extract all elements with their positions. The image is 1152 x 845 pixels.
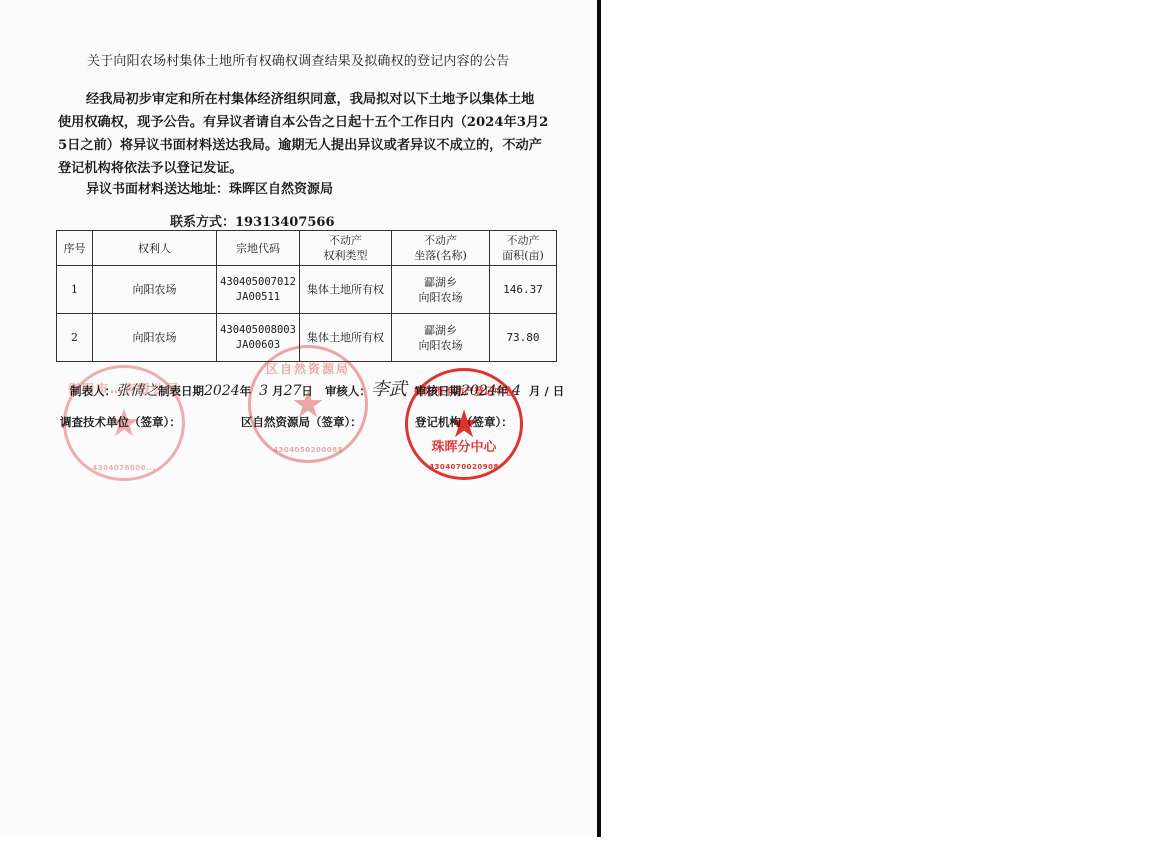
signature-line: 制表人：张倩之制表日期2024年 3 月27日 审核人：李武 审核日期2024年… <box>70 375 564 401</box>
cell-right-type: 集体土地所有权 <box>300 266 392 314</box>
header-index: 序号 <box>57 231 93 266</box>
body-line-2: 使用权确权，现予公告。有异议者请自本公告之日起十五个工作日内（2024年3月2 <box>58 111 558 134</box>
cell-location: 酃湖乡 向阳农场 <box>392 314 490 362</box>
prep-date-month: 3 <box>259 383 268 399</box>
table-row: 1 向阳农场 430405007012JA00511 集体土地所有权 酃湖乡 向… <box>57 266 557 314</box>
prep-date-label: 制表日期 <box>158 384 204 398</box>
notice-body: 经我局初步审定和所在村集体经济组织同意，我局拟对以下土地予以集体土地 使用权确权… <box>58 88 558 180</box>
preparer-signature: 张倩之 <box>116 383 158 399</box>
prep-date-day: 27 <box>284 383 302 399</box>
body-line-4: 登记机构将依法予以登记发证。 <box>58 157 558 180</box>
seal-subtext: 珠晖分中心 <box>408 436 520 455</box>
preparer-label: 制表人： <box>70 384 116 398</box>
registration-table: 序号 权利人 宗地代码 不动产 权利类型 不动产 坐落(名称) 不动产 面积(亩… <box>56 230 557 362</box>
cell-location: 酃湖乡 向阳农场 <box>392 266 490 314</box>
seal-number: 4304070020908 <box>408 463 520 471</box>
header-owner: 权利人 <box>93 231 217 266</box>
cell-area: 73.80 <box>490 314 557 362</box>
cell-owner: 向阳农场 <box>93 314 217 362</box>
seal-number: 4304050200085 <box>251 446 365 454</box>
cell-area: 146.37 <box>490 266 557 314</box>
survey-unit-seal-label: 调查技术单位（签章）： <box>60 414 181 430</box>
review-date-label: 审核日期 <box>415 384 461 398</box>
review-date-year: 2024 <box>461 383 497 399</box>
resources-bureau-seal: ★ 区自然资源局 4304050200085 <box>248 345 368 463</box>
cell-right-type: 集体土地所有权 <box>300 314 392 362</box>
cell-owner: 向阳农场 <box>93 266 217 314</box>
document-title: 关于向阳农场村集体土地所有权确权调查结果及拟确权的登记内容的公告 <box>87 50 509 69</box>
reviewer-signature: 李武 <box>371 379 407 400</box>
header-area: 不动产 面积(亩) <box>490 231 557 266</box>
scan-edge-shadow <box>597 0 601 837</box>
contact-info: 联系方式：19313407566 <box>170 211 335 230</box>
header-right-type: 不动产 权利类型 <box>300 231 392 266</box>
seal-number: 4304076000... <box>66 464 182 472</box>
resources-bureau-seal-label: 区自然资源局（签章）： <box>241 414 362 430</box>
body-line-1: 经我局初步审定和所在村集体经济组织同意，我局拟对以下土地予以集体土地 <box>58 88 558 111</box>
cell-parcel-code: 430405007012JA00511 <box>217 266 300 314</box>
table-header-row: 序号 权利人 宗地代码 不动产 权利类型 不动产 坐落(名称) 不动产 面积(亩… <box>57 231 557 266</box>
header-parcel-code: 宗地代码 <box>217 231 300 266</box>
body-line-3: 5日之前）将异议书面材料送达我局。逾期无人提出异议或者异议不成立的，不动产 <box>58 134 558 157</box>
registry-seal-label: 登记机构（签章）： <box>415 414 513 430</box>
table-row: 2 向阳农场 430405008003JA00603 集体土地所有权 酃湖乡 向… <box>57 314 557 362</box>
cell-parcel-code: 430405008003JA00603 <box>217 314 300 362</box>
cell-index: 1 <box>57 266 93 314</box>
objection-address: 异议书面材料送达地址：珠晖区自然资源局 <box>86 178 333 197</box>
header-location: 不动产 坐落(名称) <box>392 231 490 266</box>
scanned-document-page: 关于向阳农场村集体土地所有权确权调查结果及拟确权的登记内容的公告 经我局初步审定… <box>0 0 597 837</box>
review-date-month: 4 <box>512 383 521 399</box>
reviewer-label: 审核人： <box>325 384 371 398</box>
prep-date-year: 2024 <box>204 383 240 399</box>
cell-index: 2 <box>57 314 93 362</box>
